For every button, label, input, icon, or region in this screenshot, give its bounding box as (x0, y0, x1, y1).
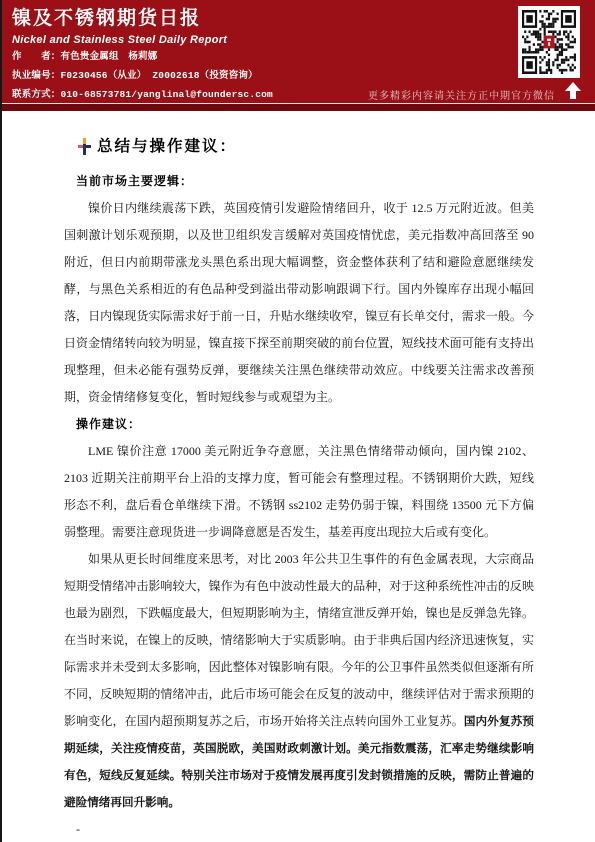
paragraph-market-logic: 镍价日内继续震荡下跌，英国疫情引发避险情绪回升，收于 12.5 万元附近波。但美… (64, 195, 534, 411)
section-title: 总结与操作建议： (97, 133, 237, 160)
wechat-note: 更多精彩内容请关注方正中期官方微信 (368, 87, 555, 102)
section-title-row: 总结与操作建议： (78, 133, 534, 160)
sparkle-bullet-icon (78, 138, 91, 155)
report-title: 镍及不锈钢期货日报 (2, 0, 595, 30)
paragraph-long-term-view: 如果从更长时间维度来思考，对比 2003 年公共卫生事件的有色金属表现，大宗商品… (64, 546, 534, 816)
license-line: 执业编号：F0230456（从业） Z0002618（投资咨询） (2, 65, 595, 84)
qr-code-icon (522, 10, 576, 74)
up-arrow-icon (564, 82, 582, 100)
subheading-market-logic: 当前市场主要逻辑： (76, 168, 534, 195)
report-body: 总结与操作建议： 当前市场主要逻辑： 镍价日内继续震荡下跌，英国疫情引发避险情绪… (2, 113, 595, 842)
report-header: 镍及不锈钢期货日报 Nickel and Stainless Steel Dai… (2, 0, 595, 104)
trailing-mark: - (76, 816, 534, 842)
wechat-qr-code (518, 6, 580, 78)
report-page: 镍及不锈钢期货日报 Nickel and Stainless Steel Dai… (0, 0, 595, 842)
paragraph-operation-advice: LME 镍价注意 17000 美元附近争夺意愿，关注黑色情绪带动倾向，国内镍 2… (64, 438, 534, 546)
subheading-operation-advice: 操作建议： (76, 411, 534, 438)
header-divider-band (2, 104, 595, 113)
paragraph-long-term-bold: 国内外复苏预期延续，关注疫情疫苗，英国脱欧，美国财政刺激计划。美元指数震荡，汇率… (64, 715, 534, 809)
paragraph-long-term-normal: 如果从更长时间维度来思考，对比 2003 年公共卫生事件的有色金属表现，大宗商品… (64, 552, 534, 728)
author-line: 作 者：有色贵金属组 杨莉娜 (2, 46, 595, 65)
report-subtitle-en: Nickel and Stainless Steel Daily Report (2, 30, 595, 46)
